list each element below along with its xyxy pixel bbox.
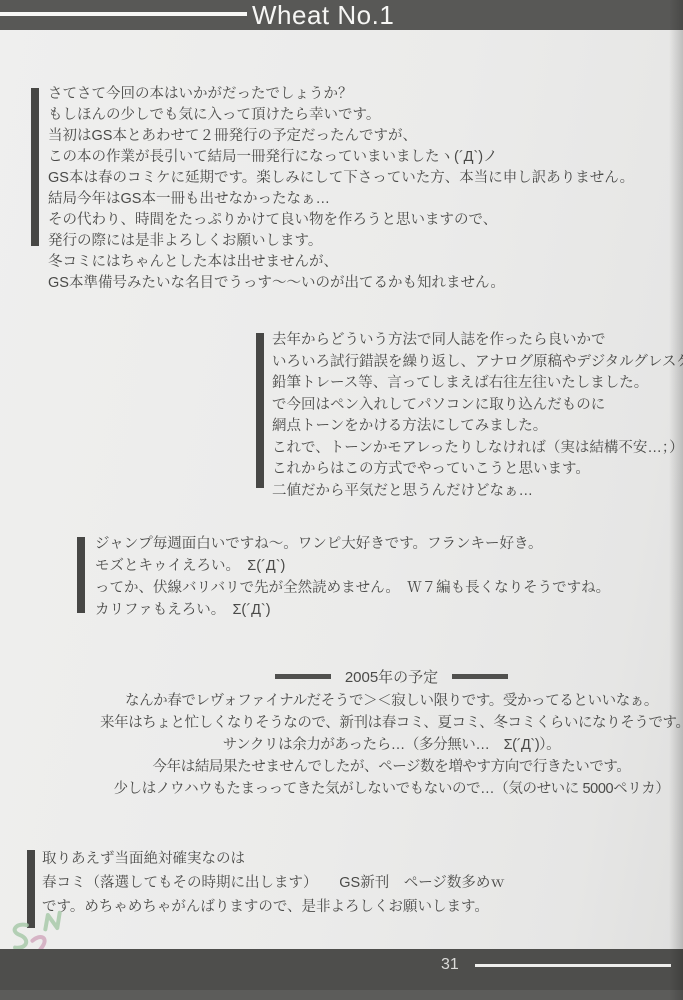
jump-paragraph: ジャンプ毎週面白いですね～。ワンピ大好きです。フランキー好き。 モズとキゥイえろ… [95, 533, 610, 621]
footer-rule [475, 964, 671, 967]
text-line: これからはこの方式でやっていこうと思います。 [272, 459, 683, 481]
text-line: なんか春でレヴォファイナルだそうで＞＜寂しい限りです。受かってるといいなぁ。 [100, 690, 683, 712]
plan-2005-section: 2005年の予定 なんか春でレヴォファイナルだそうで＞＜寂しい限りです。受かって… [100, 666, 683, 800]
footer-bottom-strip [0, 990, 683, 1000]
heading-rule-left [275, 674, 331, 679]
text-line: もしほんの少しでも気に入って頂けたら幸いです。 [48, 105, 634, 126]
text-line: 冬コミにはちゃんとした本は出せませんが、 [48, 252, 634, 273]
heading-rule-right [452, 674, 508, 679]
header-bar: Wheat No.1 [0, 0, 683, 30]
definite-paragraph: 取りあえず当面絶対確実なのは 春コミ（落選してもその時期に出します） GS新刊 … [42, 847, 505, 919]
quote-bar-method [256, 333, 264, 488]
text-line: 当初はGS本とあわせて２冊発行の予定だったんですが、 [48, 126, 634, 147]
plan-2005-heading: 2005年の予定 [100, 666, 683, 686]
method-paragraph: 去年からどういう方法で同人誌を作ったら良いかで いろいろ試行錯誤を繰り返し、アナ… [272, 330, 683, 502]
text-line: GS本は春のコミケに延期です。楽しみにして下さっていた方、本当に申し訳ありません… [48, 168, 634, 189]
text-line: ジャンプ毎週面白いですね～。ワンピ大好きです。フランキー好き。 [95, 533, 610, 555]
plan-2005-title: 2005年の予定 [345, 666, 438, 687]
text-line: で今回はペン入れしてパソコンに取り込んだものに [272, 395, 683, 417]
text-line: 今年は結局果たせませんでしたが、ページ数を増やす方向で行きたいです。 [100, 756, 683, 778]
text-line: 少しはノウハウもたまっってきた気がしないでもないので…（気のせいに 5000ペリ… [100, 778, 683, 800]
text-line: サンクリは余力があったら…（多分無い… Σ(´Д`)）。 [100, 734, 683, 756]
text-line: モズとキゥイえろい。 Σ(´Д`) [95, 555, 610, 577]
text-line: 網点トーンをかける方法にしてみました。 [272, 416, 683, 438]
text-line: 発行の際には是非よろしくお願いします。 [48, 231, 634, 252]
text-line: です。めちゃめちゃがんばりますので、是非よろしくお願いします。 [42, 895, 505, 919]
text-line: さてさて今回の本はいかがだったでしょうか？ [48, 84, 634, 105]
text-line: この本の作業が長引いて結局一冊発行になっていまいましたヽ(´Д`)ノ [48, 147, 634, 168]
text-line: 二値だから平気だと思うんだけどなぁ… [272, 481, 683, 503]
text-line: 来年はちょと忙しくなりそうなので、新刊は春コミ、夏コミ、冬コミくらいになりそうで… [100, 712, 683, 734]
text-line: 鉛筆トレース等、言ってしまえば右往左往いたしました。 [272, 373, 683, 395]
scanned-page: Wheat No.1 さてさて今回の本はいかがだったでしょうか？ もしほんの少し… [0, 0, 683, 1000]
text-line: GS本準備号みたいな名目でうっす～～いのが出てるかも知れません。 [48, 273, 634, 294]
text-line: これで、トーンかモアレったりしなければ（実は結構不安…；） [272, 438, 683, 460]
page-title: Wheat No.1 [252, 0, 394, 30]
quote-bar-jump [77, 537, 85, 613]
text-line: 春コミ（落選してもその時期に出します） GS新刊 ページ数多めｗ [42, 871, 505, 895]
text-line: ってか、伏線バリバリで先が全然読めません。 Ｗ７編も長くなりそうですね。 [95, 577, 610, 599]
text-line: 去年からどういう方法で同人誌を作ったら良いかで [272, 330, 683, 352]
text-line: カリファもえろい。 Σ(´Д`) [95, 599, 610, 621]
intro-paragraph: さてさて今回の本はいかがだったでしょうか？ もしほんの少しでも気に入って頂けたら… [48, 84, 634, 294]
header-rule [0, 12, 247, 16]
text-line: その代わり、時間をたっぷりかけて良い物を作ろうと思いますので、 [48, 210, 634, 231]
text-line: 結局今年はGS本一冊も出せなかったなぁ… [48, 189, 634, 210]
footer-bar: 31 [0, 949, 683, 1000]
quote-bar-intro [31, 88, 39, 246]
text-line: いろいろ試行錯誤を繰り返し、アナログ原稿やデジタルグレスケ、 [272, 352, 683, 374]
text-line: 取りあえず当面絶対確実なのは [42, 847, 505, 871]
page-number: 31 [441, 956, 459, 974]
